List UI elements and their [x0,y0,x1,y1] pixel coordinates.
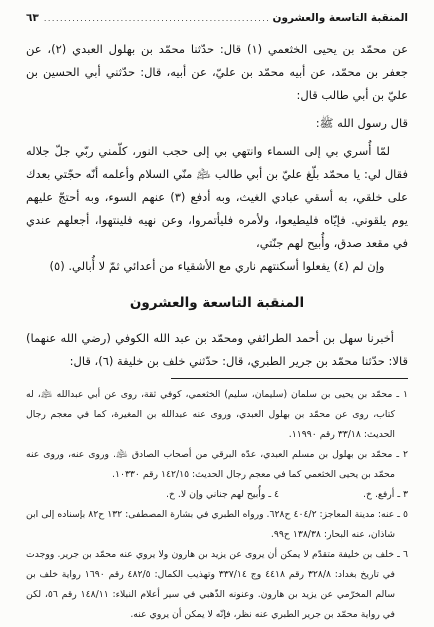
footnote-4: ٤ ـ وأُبيح لهم جناني وإن لا. خ. [166,485,279,505]
footnote-1: ١ ـ محمّد بن يحيى بن سلمان (سليمان، سليم… [26,385,408,445]
footnote-row-3-4: ٣ ـ أرفع. خ. ٤ ـ وأُبيح لهم جناني وإن لا… [26,485,408,505]
footnote-5: ٥ ـ عنه: مدينة المعاجز: ٤٠٤/٢ ح٦٢٨. وروا… [26,505,408,545]
isnad-paragraph-1: عن محمّد بن يحيى الخثعمي (١) قال: حدّثنا… [26,38,408,107]
footnote-6: ٦ ـ خلف بن خليفة متقدّم لا يمكن أن يروى … [26,545,408,625]
isnad-paragraph-2: أخبرنا سهل بن أحمد الطرائفي ومحمّد بن عب… [26,327,408,373]
said-line: قال رسول الله ﷺ: [26,112,408,135]
dot-leader: ........................................… [44,14,268,23]
section-heading: المنقبة التاسعة والعشرون [26,292,408,315]
running-title: المنقبة التاسعة والعشرون [273,12,408,24]
hadith-paragraph: لمّا أُسري بي إلى السماء وانتهي بي إلى ح… [26,140,408,255]
book-page: المنقبة التاسعة والعشرون ...............… [0,0,434,627]
footnote-2: ٢ ـ محمّد بن بهلول بن مسلم العبدي، عدّه … [26,445,408,485]
page-number: ٦٣ [26,12,39,24]
footnotes-area: ١ ـ محمّد بن يحيى بن سلمان (سليمان، سليم… [26,378,408,625]
page-body: عن محمّد بن يحيى الخثعمي (١) قال: حدّثنا… [26,38,408,378]
footnote-separator [171,378,408,379]
page-header: المنقبة التاسعة والعشرون ...............… [26,12,408,24]
hadith-last-line: وإن لم (٤) يفعلوا أسكنتهم ناري مع الأشقي… [26,255,408,278]
footnote-3: ٣ ـ أرفع. خ. [363,485,408,505]
